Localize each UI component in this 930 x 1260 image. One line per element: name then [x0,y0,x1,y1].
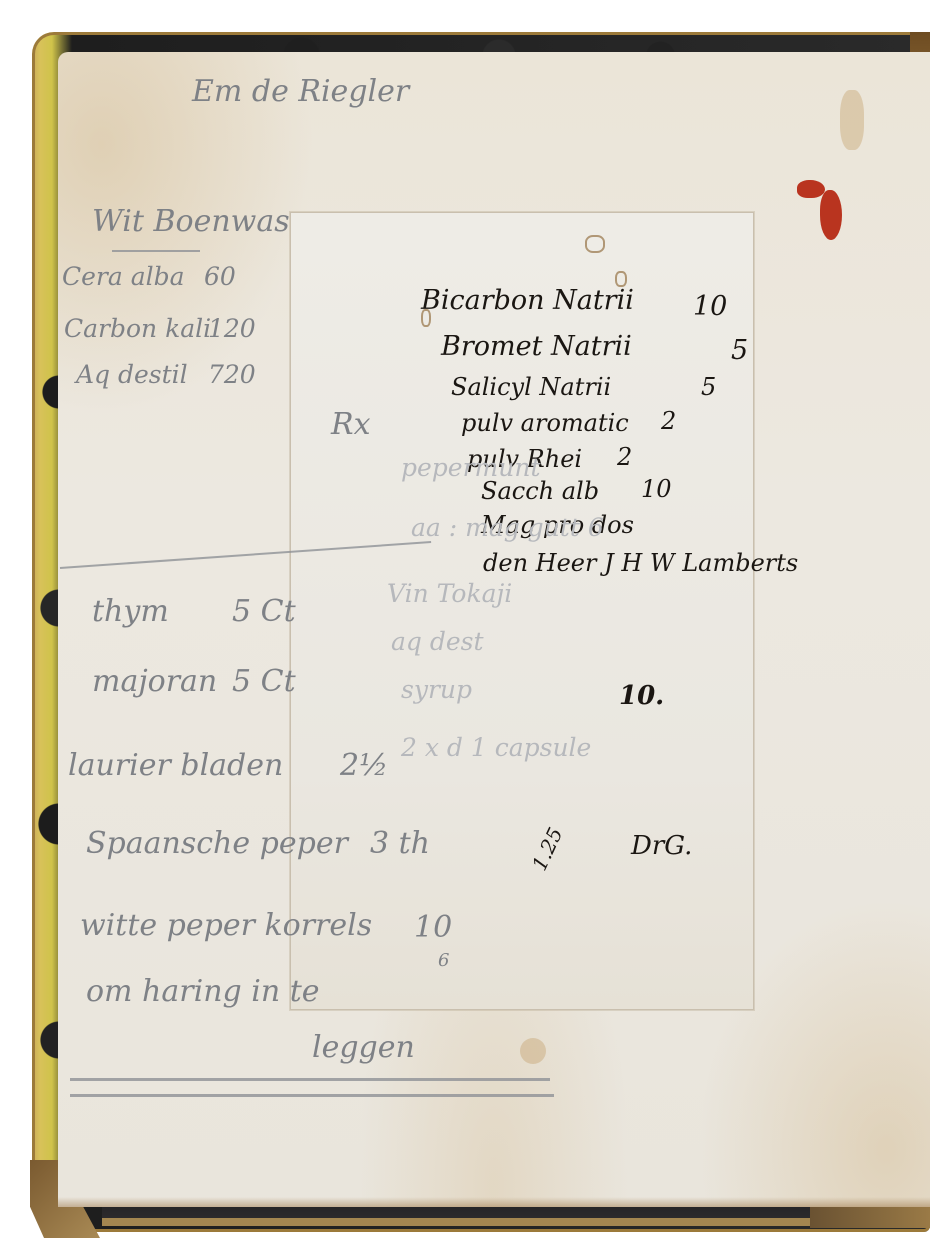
recipe-item: thym [92,594,169,629]
rx-qty: 2 [617,443,632,471]
price-mark: 10. [619,681,664,711]
recipe-item: witte peper korrels [80,908,372,943]
rx-symbol: Rx [331,407,371,442]
recipe-qty: 120 [208,314,256,343]
recipe-qty: 3 th [370,826,430,861]
rx-item: Bromet Natrii [441,331,632,362]
recipe-qty: 720 [208,360,256,389]
rx-item: Salicyl Natrii [451,373,611,401]
closing-underline [70,1094,554,1097]
recipe-item: om haring in te [86,974,320,1009]
wax-seal-top-right [797,180,825,198]
recipe-qty: 5 Ct [232,594,296,629]
recipe-item: Carbon kali [64,314,211,343]
patient-line: den Heer J H W Lamberts [483,549,798,577]
faint-pencil-line: aa : mag gutt 6 [411,513,604,542]
signature: DrG. [631,831,692,861]
recipe-item: Aq destil [76,360,188,389]
faint-pencil-line: pepermunt [401,453,541,482]
stain-ring [585,235,605,253]
recipe-qty: 10 [414,910,452,945]
faint-pencil-line: Vin Tokaji [387,579,512,608]
faint-pencil-line: aq dest [391,627,484,656]
foxing-stain [520,1038,546,1064]
recipe-qty: 60 [204,262,236,291]
recipe-item: laurier bladen [68,748,283,783]
owner-inscription: Em de Riegler [192,74,409,109]
wax-seal-top-right [820,190,842,240]
closing-underline [70,1078,550,1081]
recipe-heading: Wit Boenwas [92,204,290,239]
faint-pencil-line: syrup [401,675,472,704]
recipe-qty: 2½ [340,748,388,783]
foxing-stain [840,90,864,150]
rx-item: pulv aromatic [461,409,629,437]
recipe-item: leggen [312,1030,415,1065]
prescription-slip: Rx Bicarbon Natrii 10 Bromet Natrii 5 Sa… [290,212,754,1010]
heading-underline [112,250,200,252]
recipe-item: Cera alba [62,262,185,291]
recipe-item: Spaansche peper [86,826,348,861]
recipe-item: majoran [92,664,217,699]
rx-qty: 5 [701,373,716,401]
faint-pencil-line: 2 x d 1 capsule [401,733,591,762]
rx-qty: 10 [693,291,727,322]
rx-qty: 2 [661,407,676,435]
rx-item: Bicarbon Natrii [421,285,634,316]
rx-qty: 5 [731,335,748,366]
recipe-qty: 6 [438,950,449,971]
rx-qty: 10 [641,475,672,503]
amount: 1.25 [527,824,568,875]
recipe-qty: 5 Ct [232,664,296,699]
